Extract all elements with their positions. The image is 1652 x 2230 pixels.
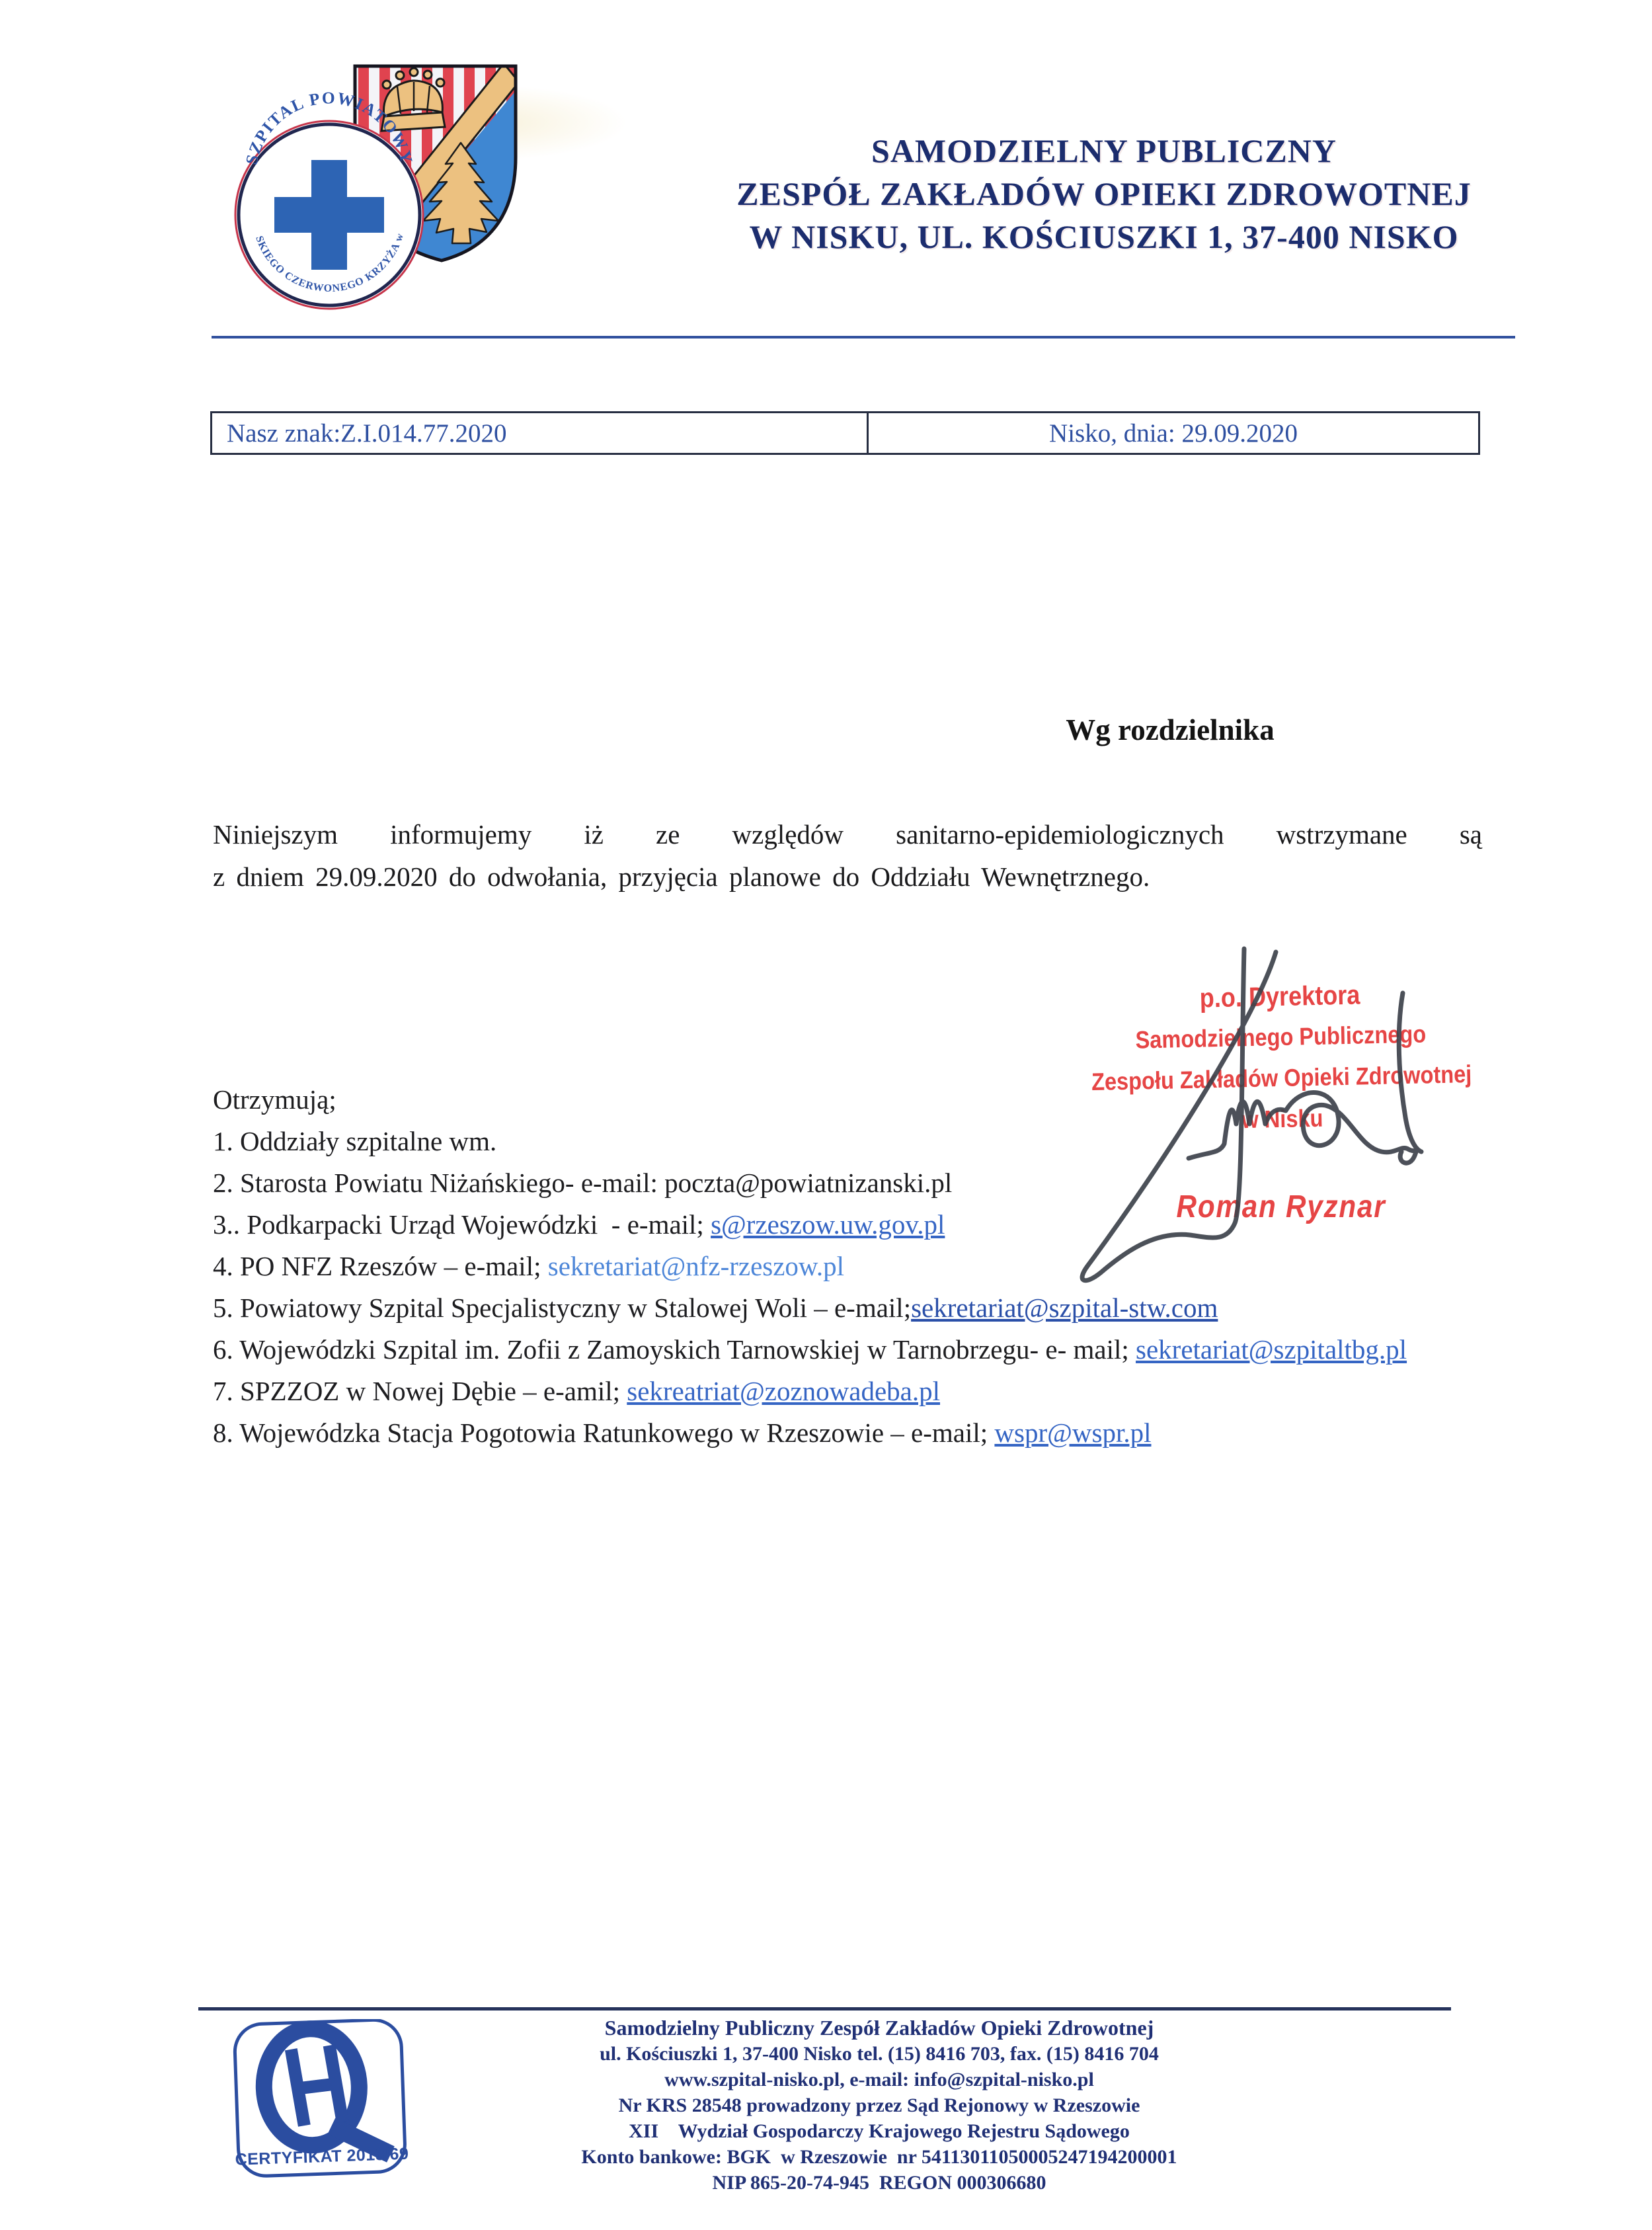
org-title-line: W NISKU, UL. KOŚCIUSZKI 1, 37-400 NISKO bbox=[674, 216, 1534, 259]
round-badge: SZPITAL POWIATOWY im. POLSKIEGO CZERWONE… bbox=[218, 0, 423, 309]
certificate-logo: CERTYFIKAT 2018/69 bbox=[231, 2019, 420, 2181]
recipient-text: 6. Wojewódzki Szpital im. Zofii z Zamoys… bbox=[213, 1334, 1136, 1365]
recipient-line: 8. Wojewódzka Stacja Pogotowia Ratunkowe… bbox=[213, 1412, 1568, 1454]
footer-line: Samodzielny Publiczny Zespół Zakładów Op… bbox=[410, 2015, 1349, 2041]
recipient-line: 4. PO NFZ Rzeszów – e-mail; sekretariat@… bbox=[213, 1246, 1568, 1287]
email-link[interactable]: sekretariat@szpitaltbg.pl bbox=[1136, 1334, 1407, 1365]
email-link[interactable]: sekretariat@nfz-rzeszow.pl bbox=[548, 1251, 844, 1281]
org-title: SAMODZIELNY PUBLICZNY ZESPÓŁ ZAKŁADÓW OP… bbox=[674, 130, 1534, 259]
footer-line: XII Wydział Gospodarczy Krajowego Rejest… bbox=[410, 2118, 1349, 2144]
recipient-text: 3.. Podkarpacki Urząd Wojewódzki - e-mai… bbox=[213, 1209, 711, 1240]
footer-line: www.szpital-nisko.pl, e-mail: info@szpit… bbox=[410, 2067, 1349, 2092]
email-link[interactable]: sekretariat@szpital-stw.com bbox=[911, 1293, 1218, 1323]
recipients-list: 1. Oddziały szpitalne wm.2. Starosta Pow… bbox=[213, 1121, 1568, 1454]
qa-mark-icon bbox=[262, 2026, 391, 2159]
footer-divider bbox=[198, 2007, 1451, 2011]
recipient-line: 6. Wojewódzki Szpital im. Zofii z Zamoys… bbox=[213, 1329, 1568, 1371]
recipient-text: 7. SPZZOZ w Nowej Dębie – e-amil; bbox=[213, 1376, 627, 1406]
recipient-line: 7. SPZZOZ w Nowej Dębie – e-amil; sekrea… bbox=[213, 1371, 1568, 1412]
footer-line: Nr KRS 28548 prowadzony przez Sąd Rejono… bbox=[410, 2092, 1349, 2118]
recipients-label: Otrzymują; bbox=[213, 1079, 1568, 1121]
email-link[interactable]: sekreatriat@zoznowadeba.pl bbox=[627, 1376, 940, 1406]
org-title-line: SAMODZIELNY PUBLICZNY bbox=[674, 130, 1534, 173]
letter-page: { "document": { "header": { "org_lines":… bbox=[0, 0, 1652, 2230]
recipient-line: 2. Starosta Powiatu Niżańskiego- e-mail:… bbox=[213, 1162, 1568, 1204]
header-divider bbox=[212, 336, 1515, 338]
body-line: z dniem 29.09.2020 do odwołania, przyjęc… bbox=[213, 856, 1482, 898]
reference-number: Nasz znak:Z.I.014.77.2020 bbox=[212, 413, 869, 453]
footer-address-block: Samodzielny Publiczny Zespół Zakładów Op… bbox=[410, 2015, 1349, 2196]
recipient-text: 1. Oddziały szpitalne wm. bbox=[213, 1126, 496, 1156]
email-link[interactable]: wspr@wspr.pl bbox=[994, 1417, 1151, 1448]
footer-line: ul. Kościuszki 1, 37-400 Nisko tel. (15)… bbox=[410, 2041, 1349, 2067]
recipient-text: 8. Wojewódzka Stacja Pogotowia Ratunkowe… bbox=[213, 1417, 994, 1448]
recipient-text: 4. PO NFZ Rzeszów – e-mail; bbox=[213, 1251, 548, 1281]
hospital-logo: SZPITAL POWIATOWY im. POLSKIEGO CZERWONE… bbox=[218, 0, 529, 314]
recipient-text: 5. Powiatowy Szpital Specjalistyczny w S… bbox=[213, 1293, 911, 1323]
org-title-line: ZESPÓŁ ZAKŁADÓW OPIEKI ZDROWOTNEJ bbox=[674, 173, 1534, 216]
body-line: Niniejszym informujemy iż ze względów sa… bbox=[213, 813, 1482, 856]
subject-heading: Wg rozdzielnika bbox=[968, 713, 1372, 747]
place-and-date: Nisko, dnia: 29.09.2020 bbox=[869, 413, 1478, 453]
body-paragraph: Niniejszym informujemy iż ze względów sa… bbox=[213, 813, 1482, 898]
footer-line: Konto bankowe: BGK w Rzeszowie nr 541130… bbox=[410, 2144, 1349, 2170]
recipient-text: 2. Starosta Powiatu Niżańskiego- e-mail:… bbox=[213, 1168, 952, 1198]
reference-bar: Nasz znak:Z.I.014.77.2020 Nisko, dnia: 2… bbox=[210, 411, 1480, 455]
recipient-line: 5. Powiatowy Szpital Specjalistyczny w S… bbox=[213, 1287, 1568, 1329]
certificate-label: CERTYFIKAT 2018/69 bbox=[235, 2145, 409, 2169]
email-link[interactable]: s@rzeszow.uw.gov.pl bbox=[711, 1209, 945, 1240]
recipient-line: 3.. Podkarpacki Urząd Wojewódzki - e-mai… bbox=[213, 1204, 1568, 1246]
recipient-line: 1. Oddziały szpitalne wm. bbox=[213, 1121, 1568, 1162]
recipients-section: Otrzymują; 1. Oddziały szpitalne wm.2. S… bbox=[213, 1079, 1568, 1454]
footer-line: NIP 865-20-74-945 REGON 000306680 bbox=[410, 2170, 1349, 2196]
